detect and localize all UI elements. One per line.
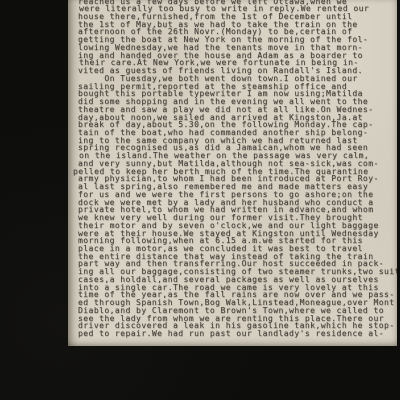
scan-background: reached us a few days before we left Ott…: [0, 0, 400, 400]
text-line: ped to repair.We had run past our landla…: [78, 330, 397, 338]
scanned-letter-page: reached us a few days before we left Ott…: [68, 0, 397, 346]
letter-text-lines: reached us a few days before we left Ott…: [78, 0, 397, 338]
